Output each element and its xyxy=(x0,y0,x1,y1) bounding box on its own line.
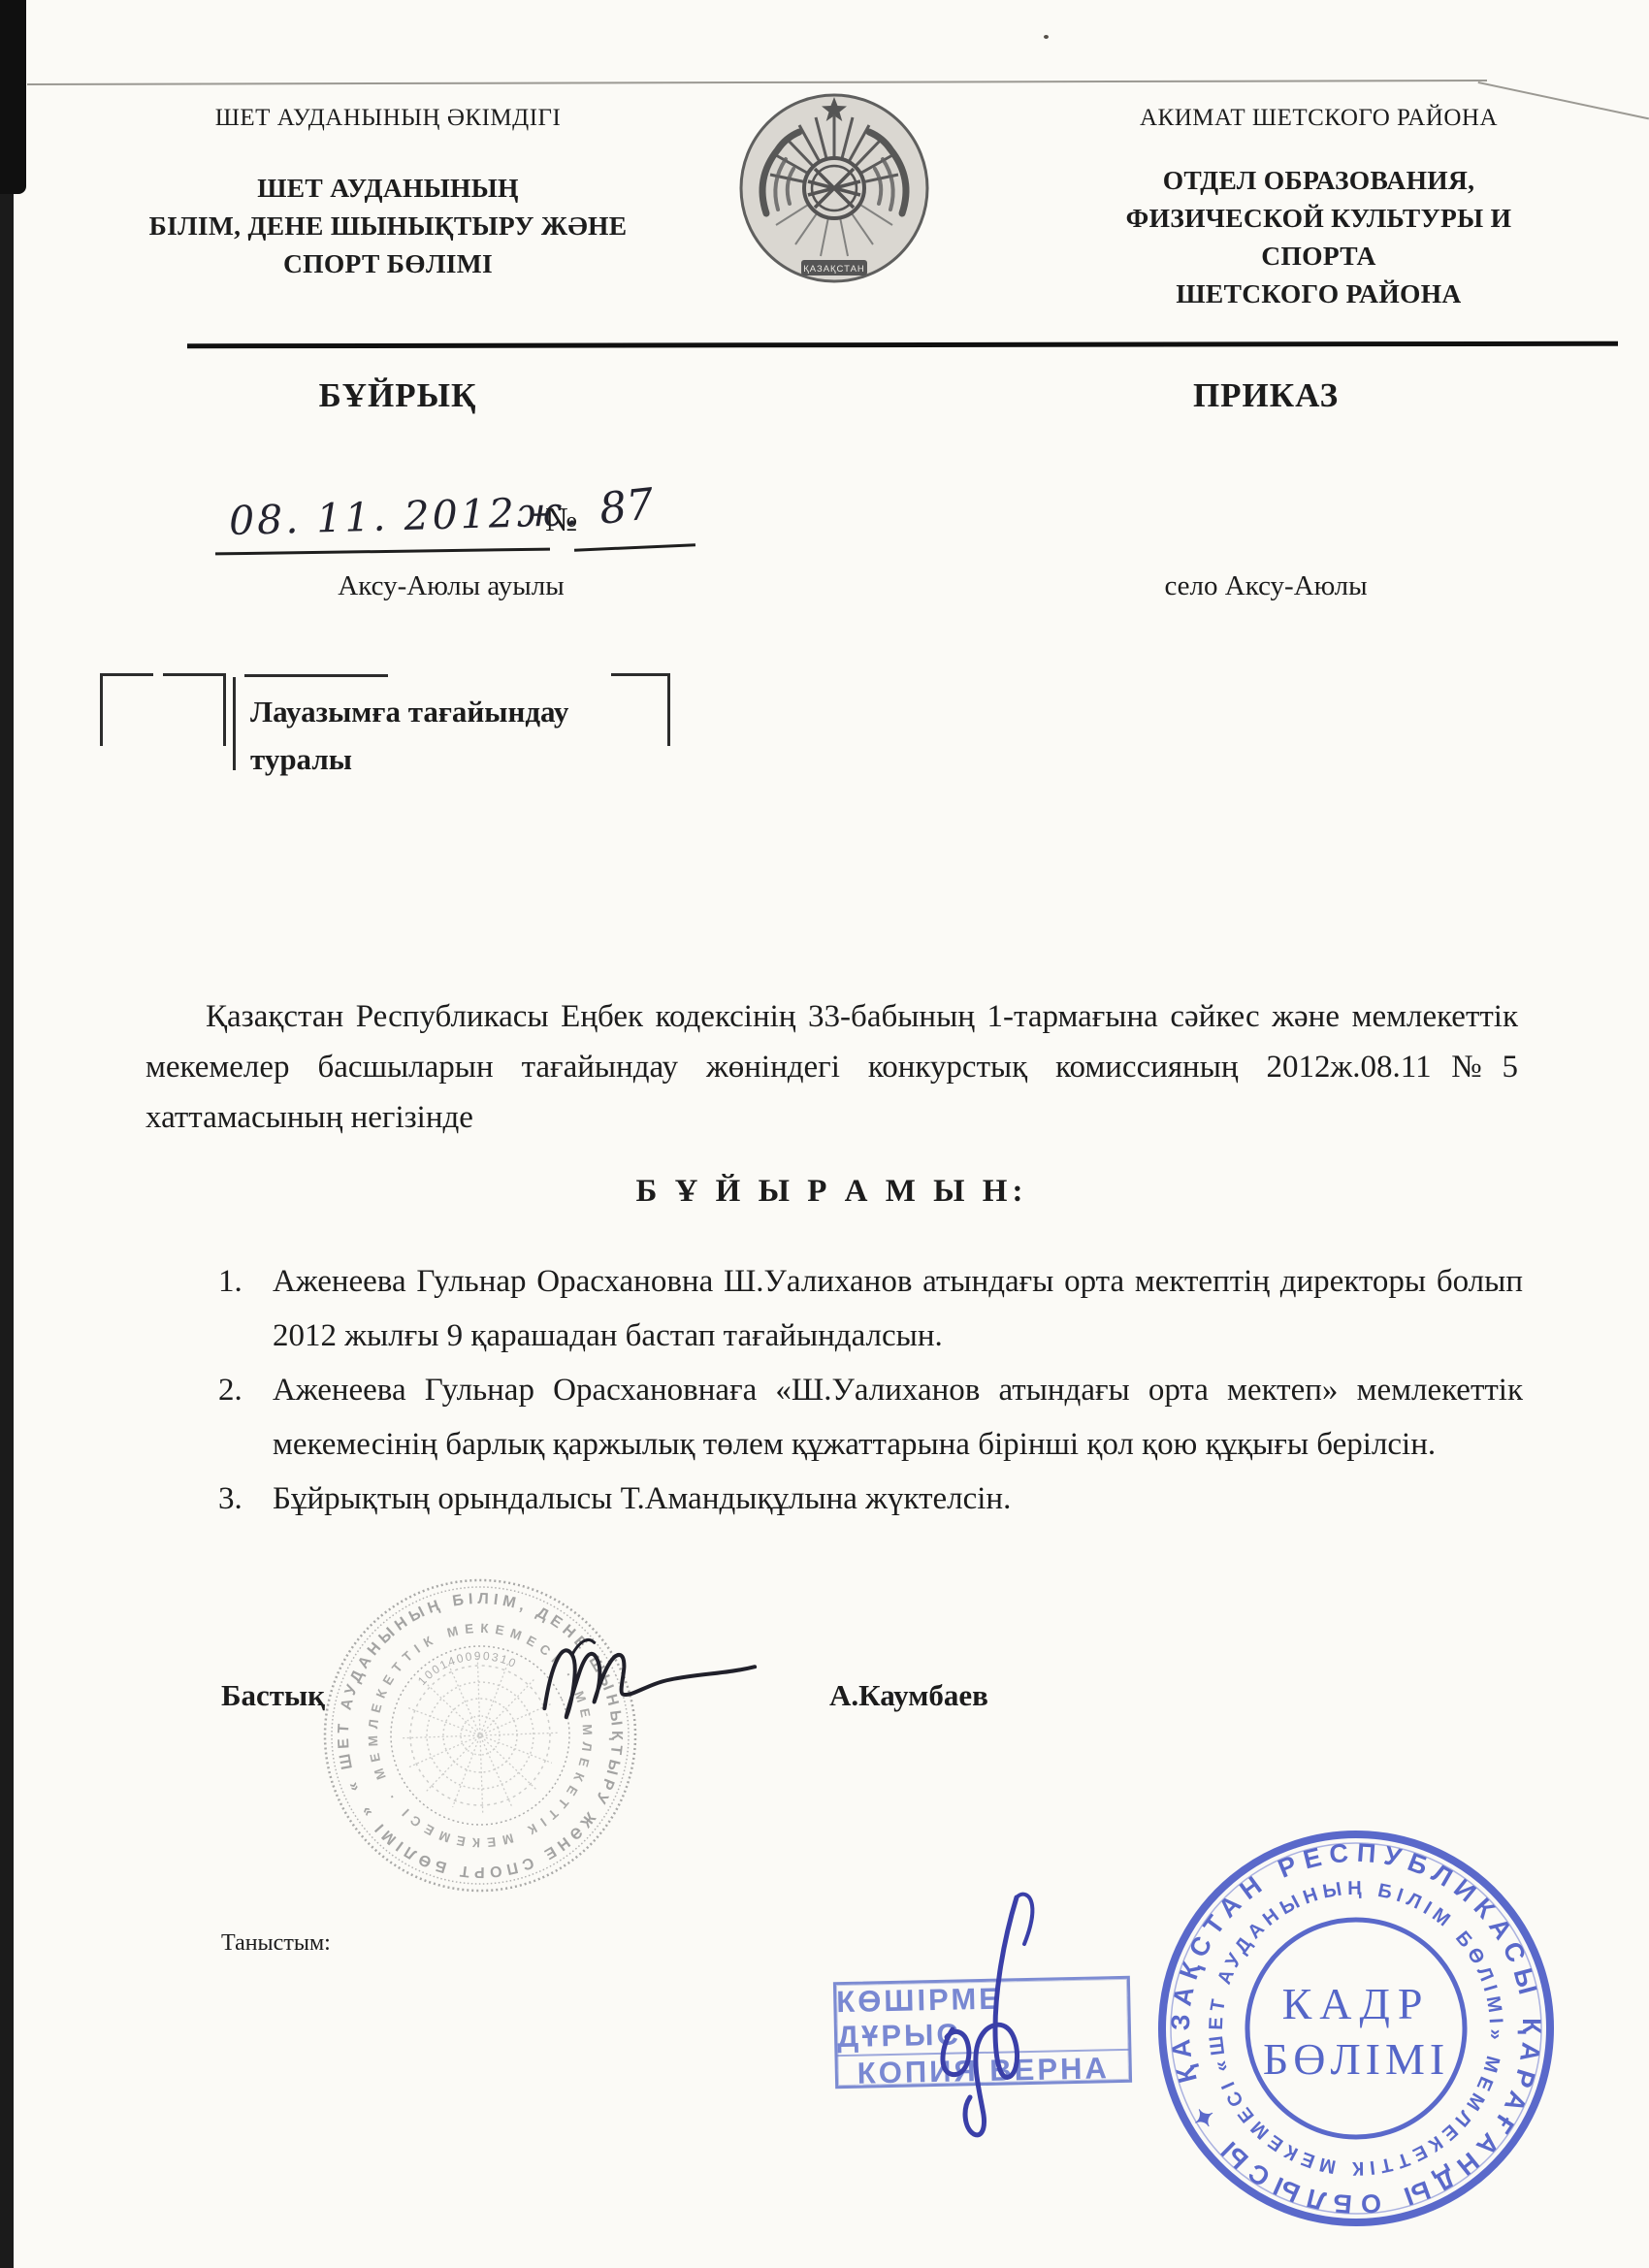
header-left-kk: ШЕТ АУДАНЫНЫҢ ӘКІМДІГІ ШЕТ АУДАНЫНЫҢ БІЛ… xyxy=(145,105,630,282)
org-ru-line2: ФИЗИЧЕСКОЙ КУЛЬТУРЫ И xyxy=(1040,199,1598,237)
org-kk-line1: ШЕТ АУДАНЫНЫҢ xyxy=(145,169,630,207)
number-underline xyxy=(574,543,695,551)
order-item-3: 3. Бұйрықтың орындалысы Т.Амандықұлына ж… xyxy=(218,1472,1523,1526)
order-subject: Лауазымға тағайындау туралы xyxy=(250,689,667,784)
layout-corner-mark xyxy=(163,673,226,746)
order-title-ru: ПРИКАЗ xyxy=(1106,376,1426,415)
org-ru-line4: ШЕТСКОГО РАЙОНА xyxy=(1040,275,1598,312)
layout-corner-mark xyxy=(100,673,153,746)
svg-text:КАДР: КАДР xyxy=(1282,1979,1431,2028)
scan-speck xyxy=(1044,35,1049,39)
item-number: 2. xyxy=(218,1363,273,1472)
acquainted-label: Таныстым: xyxy=(221,1930,331,1957)
handwritten-date: 08. 11. 2012ж. xyxy=(228,488,581,544)
hr-department-stamp: ҚАЗАҚСТАН РЕСПУБЛИКАСЫ ҚАРАҒАНДЫ ОБЛЫСЫ … xyxy=(1148,1820,1565,2237)
svg-text:ҚАЗАҚСТАН: ҚАЗАҚСТАН xyxy=(803,264,865,275)
scanned-order-page: ШЕТ АУДАНЫНЫҢ ӘКІМДІГІ ШЕТ АУДАНЫНЫҢ БІЛ… xyxy=(0,0,1649,2268)
director-signature xyxy=(524,1612,805,1729)
layout-corner-mark xyxy=(233,677,236,770)
header-divider-rule xyxy=(187,341,1618,349)
signatory-title: Бастық xyxy=(221,1678,325,1713)
header-right-ru: АКИМАТ ШЕТСКОГО РАЙОНА ОТДЕЛ ОБРАЗОВАНИЯ… xyxy=(1040,105,1598,312)
org-name-kk: ШЕТ АУДАНЫНЫҢ БІЛІМ, ДЕНЕ ШЫНЫҚТЫРУ ЖӘНЕ… xyxy=(145,169,630,282)
item-text: Аженеева Гульнар Орасхановнаға «Ш.Уалиха… xyxy=(273,1363,1523,1472)
subject-line1: Лауазымға тағайындау xyxy=(250,689,667,736)
order-title-kk: БҰЙРЫҚ xyxy=(238,376,558,415)
date-underline xyxy=(215,548,550,556)
order-item-2: 2. Аженеева Гульнар Орасхановнаға «Ш.Уал… xyxy=(218,1363,1523,1472)
place-ru: село Аксу-Аюлы xyxy=(1062,570,1470,602)
paper-edge-line xyxy=(27,80,1487,85)
org-kk-line2: БІЛІМ, ДЕНЕ ШЫНЫҚТЫРУ ЖӘНЕ xyxy=(145,207,630,244)
copy-certifier-signature xyxy=(923,1884,1093,2146)
scan-edge-blob xyxy=(0,0,26,194)
preamble-paragraph: Қазақстан Республикасы Еңбек кодексінің … xyxy=(145,991,1518,1143)
order-items-list: 1. Аженеева Гульнар Орасхановна Ш.Уалиха… xyxy=(218,1254,1523,1526)
resolution-heading: Б Ұ Й Ы Р А М Ы Н: xyxy=(145,1174,1518,1210)
authority-name-kk: ШЕТ АУДАНЫНЫҢ ӘКІМДІГІ xyxy=(145,105,630,132)
kazakhstan-emblem-icon: ҚАЗАҚСТАН xyxy=(737,89,931,293)
handwritten-number: 87 xyxy=(597,479,656,535)
layout-corner-mark xyxy=(244,674,388,677)
scan-edge-strip xyxy=(0,0,14,2268)
svg-text:БӨЛІМІ: БӨЛІМІ xyxy=(1263,2034,1449,2084)
item-text: Аженеева Гульнар Орасхановна Ш.Уалиханов… xyxy=(273,1254,1523,1363)
item-text: Бұйрықтың орындалысы Т.Амандықұлына жүкт… xyxy=(273,1472,1523,1526)
item-number: 1. xyxy=(218,1254,273,1363)
item-number: 3. xyxy=(218,1472,273,1526)
org-ru-line1: ОТДЕЛ ОБРАЗОВАНИЯ, xyxy=(1040,161,1598,199)
org-name-ru: ОТДЕЛ ОБРАЗОВАНИЯ, ФИЗИЧЕСКОЙ КУЛЬТУРЫ И… xyxy=(1040,161,1598,312)
org-kk-line3: СПОРТ БӨЛІМІ xyxy=(145,244,630,282)
subject-line2: туралы xyxy=(250,736,667,784)
org-ru-line3: СПОРТА xyxy=(1040,237,1598,275)
place-kk: Аксу-Аюлы ауылы xyxy=(247,570,655,602)
authority-name-ru: АКИМАТ ШЕТСКОГО РАЙОНА xyxy=(1040,105,1598,132)
signatory-name: А.Каумбаев xyxy=(829,1678,988,1713)
order-item-1: 1. Аженеева Гульнар Орасхановна Ш.Уалиха… xyxy=(218,1254,1523,1363)
number-sign: № xyxy=(545,501,577,539)
